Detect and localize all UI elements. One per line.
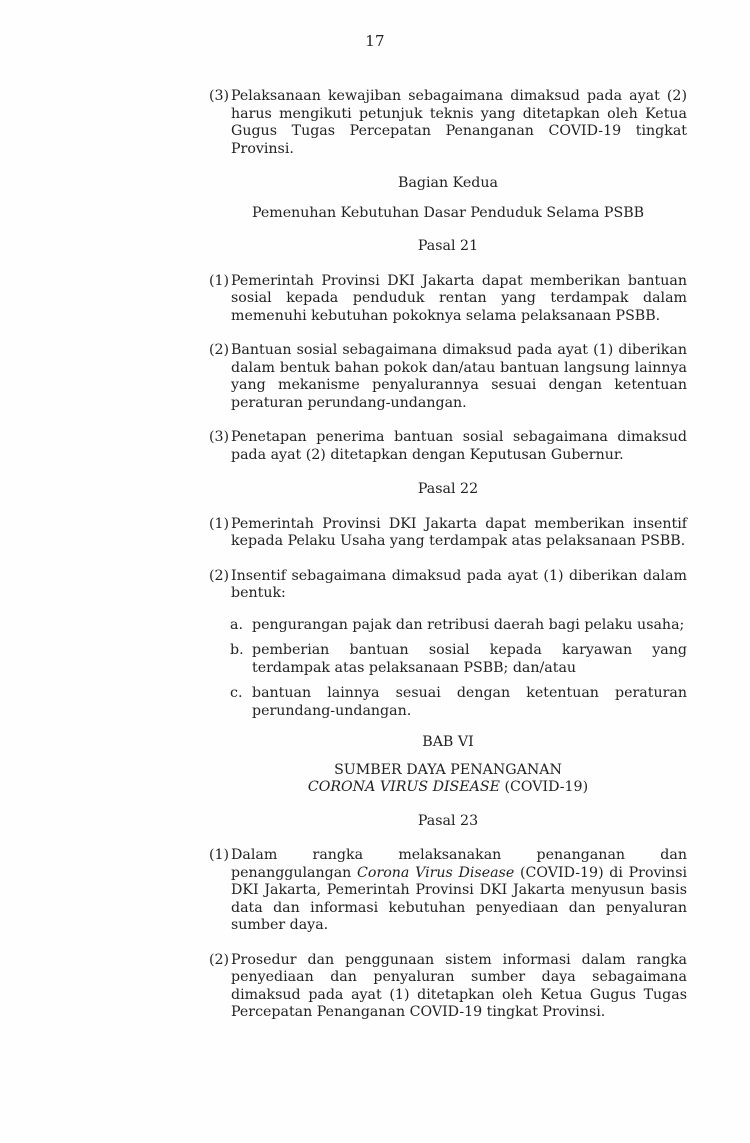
ayat-text: Dalam rangka melaksanakan penanganan dan… [231, 847, 687, 935]
list-item: b. pemberian bantuan sosial kepada karya… [230, 642, 687, 677]
list-item: a. pengurangan pajak dan retribusi daera… [230, 617, 687, 635]
list-text: bantuan lainnya sesuai dengan ketentuan … [252, 685, 687, 720]
pasal-23-title: Pasal 23 [209, 813, 687, 831]
ayat-number: (2) [209, 952, 231, 1022]
pasal-20-ayat-3: (3) Pelaksanaan kewajiban sebagaimana di… [209, 88, 687, 158]
pasal-21-title: Pasal 21 [209, 238, 687, 256]
list-text: pemberian bantuan sosial kepada karyawan… [252, 642, 687, 677]
ayat-text-italic: Corona Virus Disease [357, 865, 514, 881]
ayat-text: Pemerintah Provinsi DKI Jakarta dapat me… [231, 273, 687, 326]
ayat-number: (1) [209, 847, 231, 935]
pasal-21-ayat-2: (2) Bantuan sosial sebagaimana dimaksud … [209, 342, 687, 412]
pasal-21-ayat-3: (3) Penetapan penerima bantuan sosial se… [209, 429, 687, 464]
list-letter: a. [230, 617, 252, 635]
ayat-number: (1) [209, 273, 231, 326]
list-text: pengurangan pajak dan retribusi daerah b… [252, 617, 687, 635]
ayat-text: Insentif sebagaimana dimaksud pada ayat … [231, 568, 687, 603]
list-letter: b. [230, 642, 252, 677]
chapter-title-suffix: (COVID-19) [500, 779, 588, 795]
ayat-text: Pemerintah Provinsi DKI Jakarta dapat me… [231, 516, 687, 551]
chapter-title-italic: CORONA VIRUS DISEASE [308, 779, 500, 795]
chapter-title-line-1: SUMBER DAYA PENANGANAN [334, 762, 562, 778]
ayat-number: (2) [209, 342, 231, 412]
list-item: c. bantuan lainnya sesuai dengan ketentu… [230, 685, 687, 720]
section-title: Pemenuhan Kebutuhan Dasar Penduduk Selam… [209, 205, 687, 223]
pasal-21-ayat-1: (1) Pemerintah Provinsi DKI Jakarta dapa… [209, 273, 687, 326]
page-number: 17 [0, 32, 750, 50]
document-body: (3) Pelaksanaan kewajiban sebagaimana di… [209, 88, 687, 1039]
ayat-text: Penetapan penerima bantuan sosial sebaga… [231, 429, 687, 464]
list-letter: c. [230, 685, 252, 720]
ayat-text: Bantuan sosial sebagaimana dimaksud pada… [231, 342, 687, 412]
pasal-22-ayat-2: (2) Insentif sebagaimana dimaksud pada a… [209, 568, 687, 603]
ayat-number: (3) [209, 429, 231, 464]
pasal-23-ayat-2: (2) Prosedur dan penggunaan sistem infor… [209, 952, 687, 1022]
ayat-text: Prosedur dan penggunaan sistem informasi… [231, 952, 687, 1022]
chapter-title: SUMBER DAYA PENANGANAN CORONA VIRUS DISE… [209, 762, 687, 797]
section-label: Bagian Kedua [209, 175, 687, 193]
chapter-label: BAB VI [209, 734, 687, 752]
pasal-22-title: Pasal 22 [209, 481, 687, 499]
ayat-number: (2) [209, 568, 231, 603]
ayat-number: (3) [209, 88, 231, 158]
insentif-list: a. pengurangan pajak dan retribusi daera… [230, 617, 687, 721]
ayat-number: (1) [209, 516, 231, 551]
pasal-22-ayat-1: (1) Pemerintah Provinsi DKI Jakarta dapa… [209, 516, 687, 551]
ayat-text: Pelaksanaan kewajiban sebagaimana dimaks… [231, 88, 687, 158]
pasal-23-ayat-1: (1) Dalam rangka melaksanakan penanganan… [209, 847, 687, 935]
